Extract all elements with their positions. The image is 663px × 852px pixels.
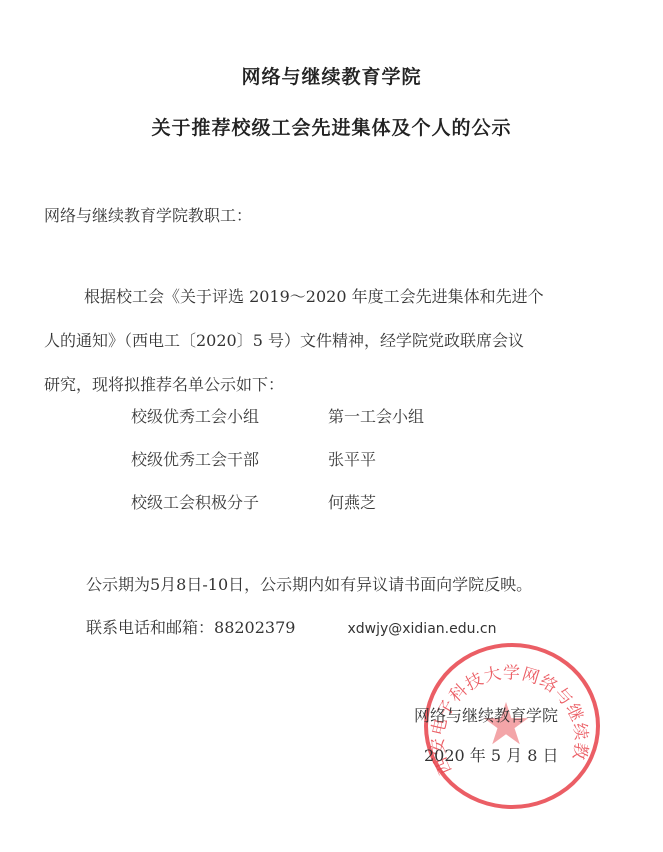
signature-date: 2020 年 5 月 8 日 [424,743,559,766]
document-title-org: 网络与继续教育学院 [0,62,663,89]
nomination-category: 校级工会积极分子 [131,490,328,533]
nomination-nominee: 何燕芝 [328,490,376,533]
contact-phone: 88202379 [214,618,295,637]
nomination-row: 校级工会积极分子 何燕芝 [131,490,424,533]
nomination-row: 校级优秀工会干部 张平平 [131,447,424,490]
signature-org: 网络与继续教育学院 [414,703,558,726]
contact-email: xdwjy@xidian.edu.cn [347,621,496,637]
nomination-category: 校级优秀工会小组 [131,404,328,447]
nomination-row: 校级优秀工会小组 第一工会小组 [131,404,424,447]
nomination-list: 校级优秀工会小组 第一工会小组 校级优秀工会干部 张平平 校级工会积极分子 何燕… [131,404,424,533]
body-paragraph: 根据校工会《关于评选 2019～2020 年度工会先进集体和先进个 人的通知》（… [44,275,614,407]
body-line-1: 根据校工会《关于评选 2019～2020 年度工会先进集体和先进个 [44,275,614,319]
contact-label: 联系电话和邮箱： [86,618,214,637]
contact-info: 联系电话和邮箱：88202379xdwjy@xidian.edu.cn [86,615,497,638]
body-line-3: 研究，现将拟推荐名单公示如下： [44,363,614,407]
nomination-nominee: 第一工会小组 [328,404,424,447]
nomination-nominee: 张平平 [328,447,376,490]
notice-period: 公示期为5月8日-10日，公示期内如有异议请书面向学院反映。 [86,572,532,595]
salutation: 网络与继续教育学院教职工： [44,203,252,226]
body-line-2: 人的通知》（西电工〔2020〕5 号）文件精神，经学院党政联席会议 [44,319,614,363]
nomination-category: 校级优秀工会干部 [131,447,328,490]
document-title: 关于推荐校级工会先进集体及个人的公示 [0,113,663,140]
